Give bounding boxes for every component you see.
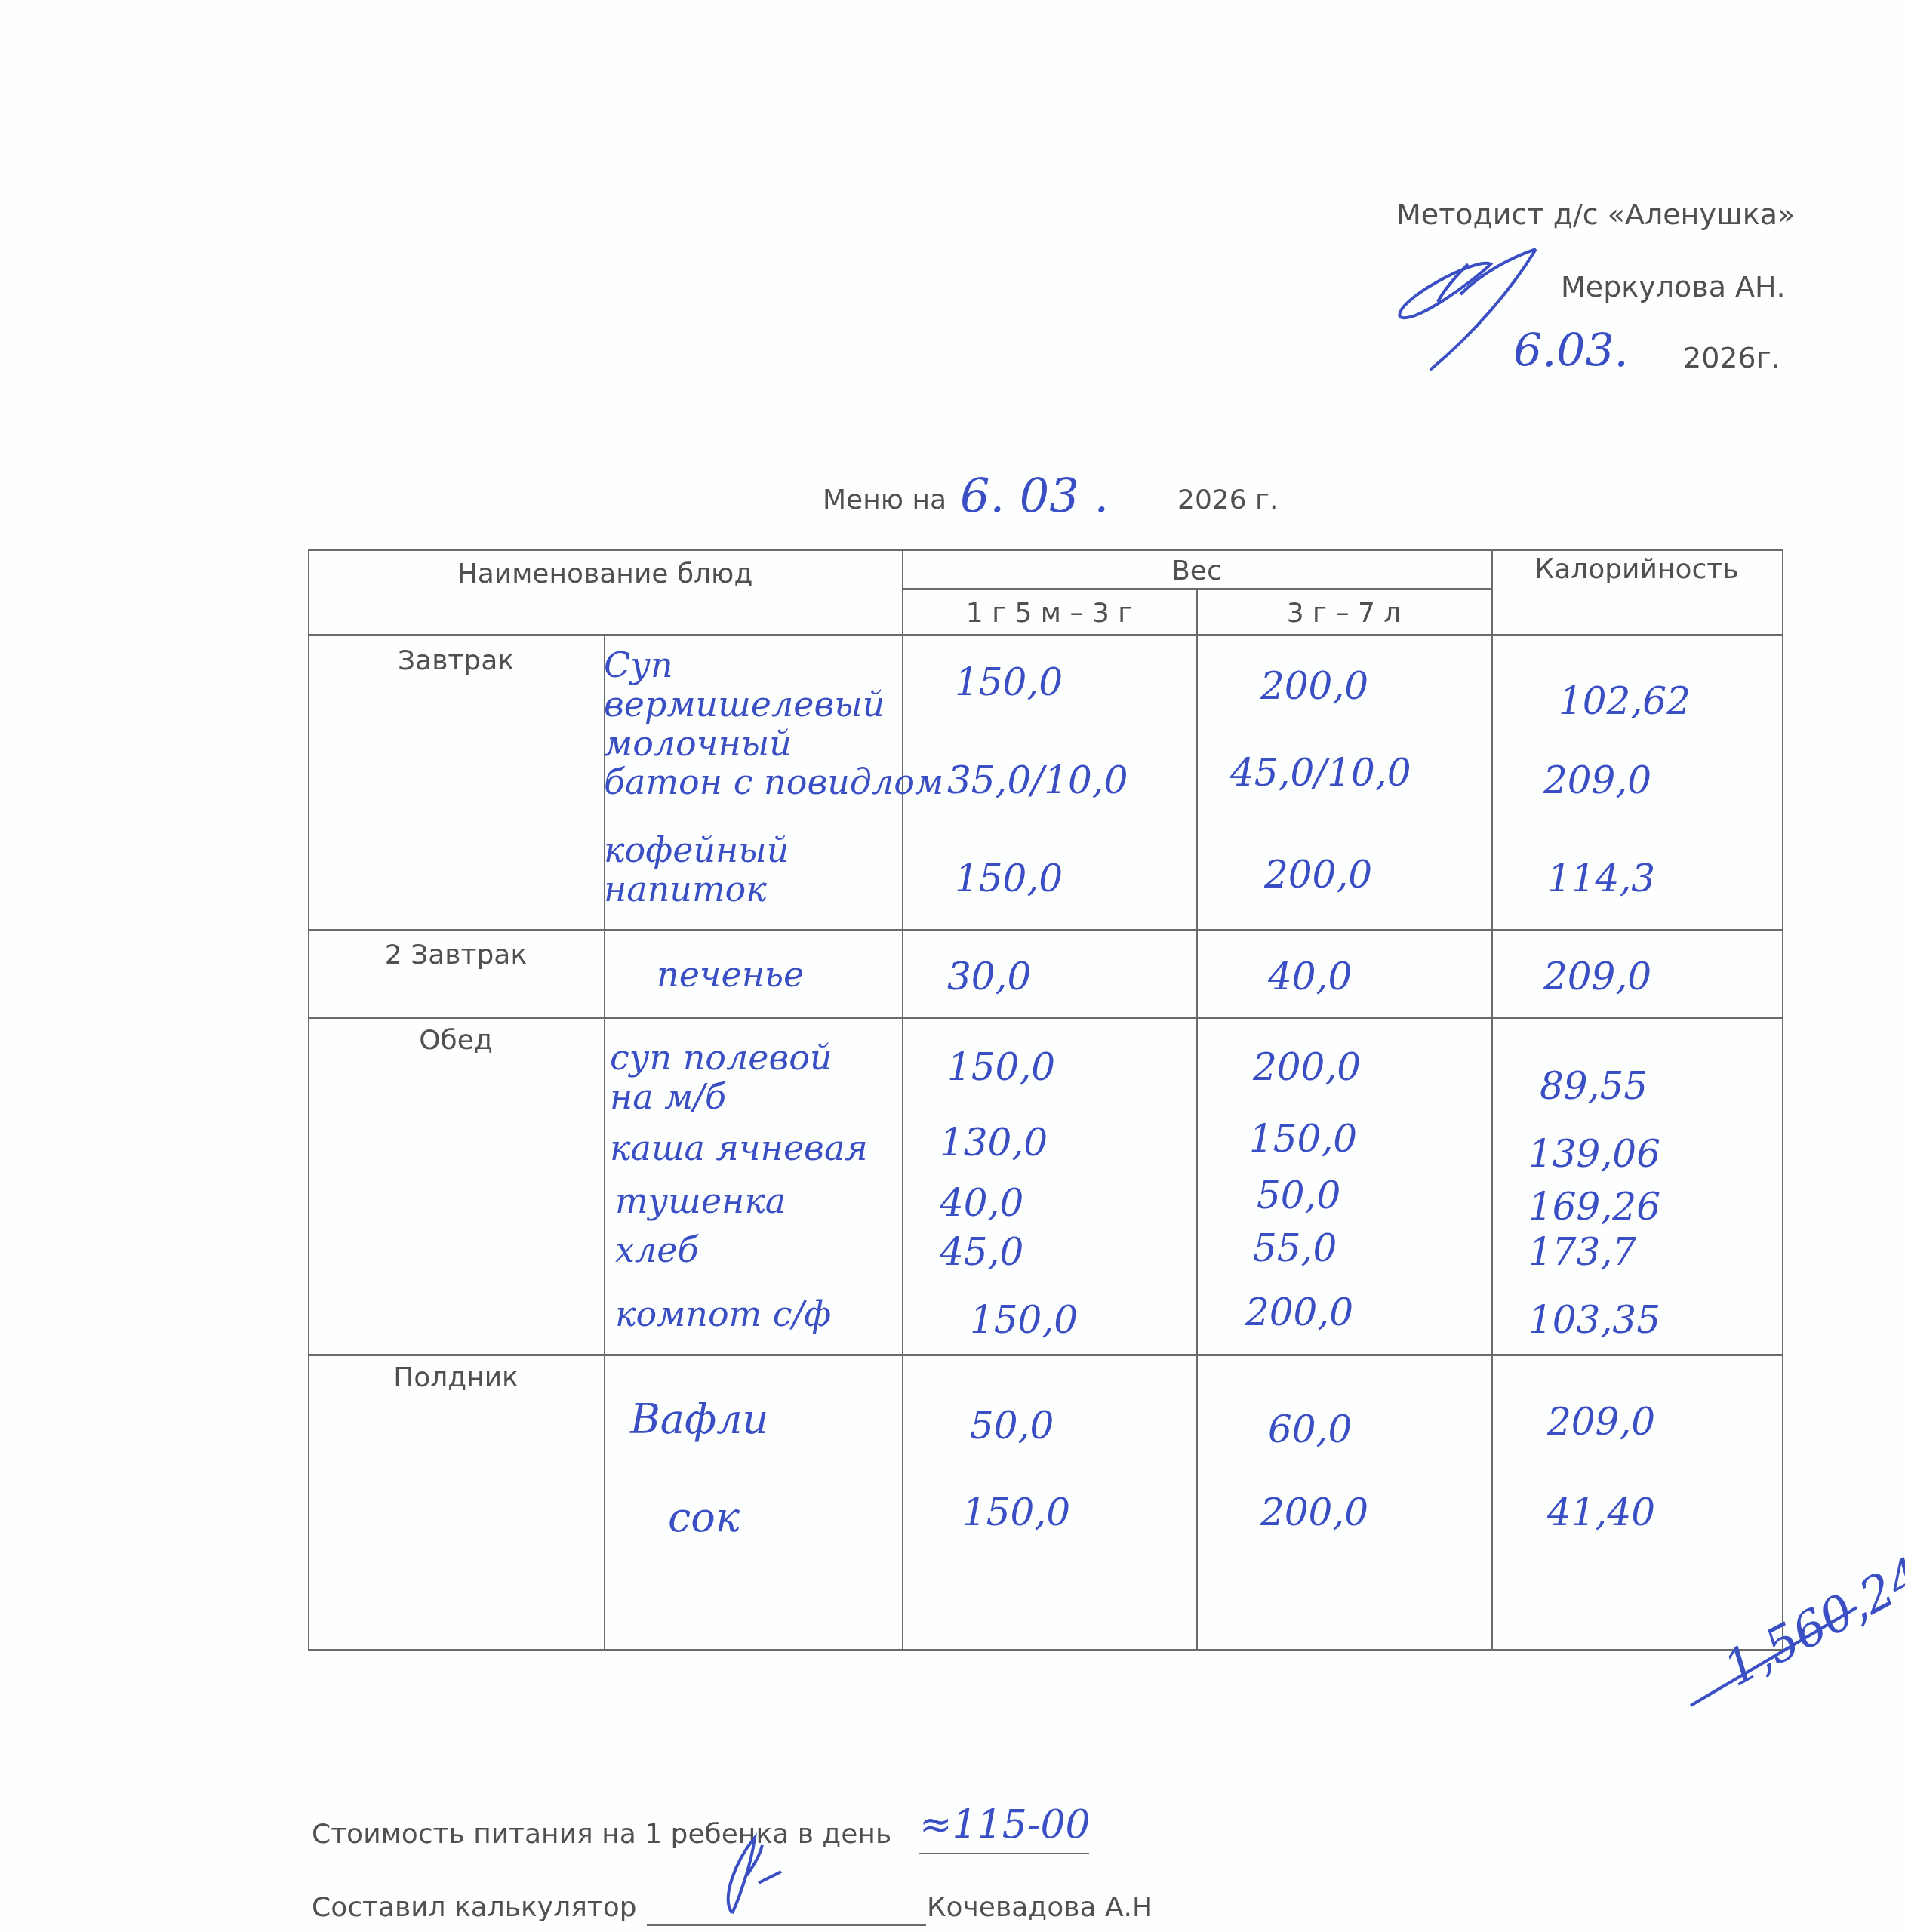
calories: 173,7 (1528, 1230, 1636, 1274)
dish-name: тушенка (615, 1181, 786, 1220)
compiled-name: Кочевадова А.Н (927, 1892, 1153, 1923)
weight-2: 60,0 (1268, 1407, 1352, 1451)
weight-2: 55,0 (1253, 1226, 1337, 1270)
weight-1: 40,0 (940, 1181, 1023, 1225)
header-dish-name: Наименование блюд (308, 558, 902, 589)
meal-snack: Полдник (308, 1362, 604, 1393)
weight-1: 150,0 (955, 857, 1063, 900)
calories: 209,0 (1547, 1400, 1655, 1444)
cost-value: ≈115-00 (919, 1802, 1091, 1847)
weight-1: 150,0 (970, 1298, 1078, 1342)
approver-name: Меркулова АН. (1561, 270, 1786, 303)
weight-2: 150,0 (1249, 1117, 1357, 1161)
weight-1: 45,0 (940, 1230, 1023, 1274)
header-calories: Калорийность (1491, 554, 1782, 585)
calories: 114,3 (1547, 857, 1655, 900)
weight-2: 40,0 (1268, 955, 1352, 998)
signature-line (647, 1924, 926, 1926)
compiler-signature-icon (706, 1830, 789, 1921)
calories: 139,06 (1528, 1132, 1660, 1176)
meal-lunch: Обед (308, 1025, 604, 1056)
cost-underline (919, 1853, 1089, 1854)
dish-name: Суп вермишелевый молочный (604, 645, 898, 763)
approval-title: Методист д/с «Аленушка» (1396, 198, 1795, 231)
weight-1: 150,0 (955, 660, 1063, 704)
weight-2: 200,0 (1260, 664, 1368, 708)
meal-second-breakfast: 2 Завтрак (308, 940, 604, 971)
calories: 102,62 (1559, 679, 1691, 723)
weight-2: 200,0 (1264, 853, 1372, 897)
dish-name: компот с/ф (615, 1294, 831, 1334)
approval-year: 2026г. (1683, 341, 1780, 374)
menu-date: 6. 03 . (960, 468, 1109, 523)
weight-1: 150,0 (947, 1045, 1055, 1089)
calories: 169,26 (1528, 1185, 1660, 1229)
dish-name: хлеб (615, 1230, 699, 1269)
dish-name: сок (668, 1498, 740, 1537)
calories: 103,35 (1528, 1298, 1660, 1342)
header-weight: Вес (902, 555, 1491, 586)
calories: 89,55 (1540, 1064, 1648, 1108)
header-age-group-2: 3 г – 7 л (1196, 598, 1491, 629)
weight-2: 200,0 (1245, 1291, 1353, 1334)
weight-2: 50,0 (1257, 1174, 1340, 1217)
menu-heading-year: 2026 г. (1177, 485, 1278, 515)
calories: 209,0 (1543, 955, 1651, 998)
cost-label: Стоимость питания на 1 ребенка в день (312, 1819, 891, 1850)
weight-1: 30,0 (947, 955, 1031, 998)
weight-1: 50,0 (970, 1404, 1054, 1447)
dish-name: суп полевой на м/б (610, 1038, 882, 1116)
dish-name: каша ячневая (610, 1128, 868, 1168)
header-age-group-1: 1 г 5 м – 3 г (902, 598, 1196, 629)
calories: 209,0 (1543, 758, 1651, 802)
weight-1: 35,0/10,0 (947, 758, 1128, 802)
calories: 41,40 (1547, 1491, 1655, 1534)
weight-2: 200,0 (1260, 1491, 1368, 1534)
dish-name: кофейный напиток (604, 830, 898, 909)
approval-date: 6.03. (1513, 325, 1629, 377)
dish-name: Вафли (630, 1400, 768, 1439)
weight-2: 45,0/10,0 (1230, 751, 1411, 795)
dish-name: батон с повидлом (604, 762, 943, 801)
weight-1: 150,0 (962, 1491, 1070, 1534)
compiled-label: Составил калькулятор (312, 1892, 637, 1923)
dish-name: печенье (657, 955, 804, 994)
meal-breakfast: Завтрак (308, 645, 604, 676)
weight-2: 200,0 (1253, 1045, 1361, 1089)
weight-1: 130,0 (940, 1121, 1048, 1164)
menu-heading-prefix: Меню на (823, 485, 946, 515)
